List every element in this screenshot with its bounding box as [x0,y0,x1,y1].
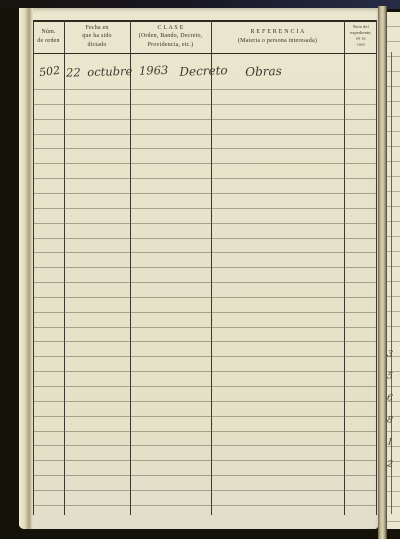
page-left-edge [19,8,33,529]
scanned-register-page: Núm. de orden Fecha en que ha sido dicta… [0,0,400,539]
register-table: Núm. de orden Fecha en que ha sido dicta… [33,20,377,516]
ruled-line [34,312,376,313]
ruled-line [34,89,376,90]
ruled-line [34,341,376,342]
ruled-line [34,163,376,164]
ruled-line [34,104,376,105]
ruled-line [34,475,376,476]
ruled-line [34,238,376,239]
ruled-line [34,431,376,432]
table-border-right [376,20,377,515]
header-referencia: R E F E R E N C I A (Materia o persona i… [211,20,344,53]
entry-num-handwritten: 502 [33,51,66,90]
next-page-handwritten-mark: 6 [386,393,399,405]
ruled-line [34,327,376,328]
ruled-line [34,134,376,135]
ruled-line [34,445,376,446]
header-clase: C L A S E (Orden, Bando, Decreto, Provid… [130,20,211,53]
ruled-line [34,356,376,357]
ruled-line [34,223,376,224]
ruled-line [34,267,376,268]
ruled-line [34,208,376,209]
ruled-line [34,371,376,372]
header-nota-expediente: Nota del expediente, en su caso [344,20,377,53]
entry-referencia-handwritten: Obras [210,51,344,92]
ruled-line [34,282,376,283]
next-page-handwritten-mark: 2 [386,459,399,471]
next-page-handwritten-mark: 3 [386,349,399,361]
ruled-line [34,505,376,506]
ruled-line [34,416,376,417]
ruled-line [34,119,376,120]
next-page-handwritten-mark: 5 [386,371,399,383]
ruled-line [34,148,376,149]
next-page-handwritten-mark: 1 [386,437,399,449]
ruled-line [34,252,376,253]
ruled-line [34,178,376,179]
header-fecha: Fecha en que ha sido dictado [64,20,130,53]
ruled-line [34,193,376,194]
ruled-line [34,490,376,491]
next-page-sliver: 356812 [387,12,400,529]
ruled-line [34,401,376,402]
header-num-de-orden: Núm. de orden [33,20,64,53]
next-page-handwritten-mark: 8 [386,415,399,427]
ruled-line [34,460,376,461]
ruled-line [34,386,376,387]
book-gutter [378,6,387,539]
ruled-line [34,297,376,298]
